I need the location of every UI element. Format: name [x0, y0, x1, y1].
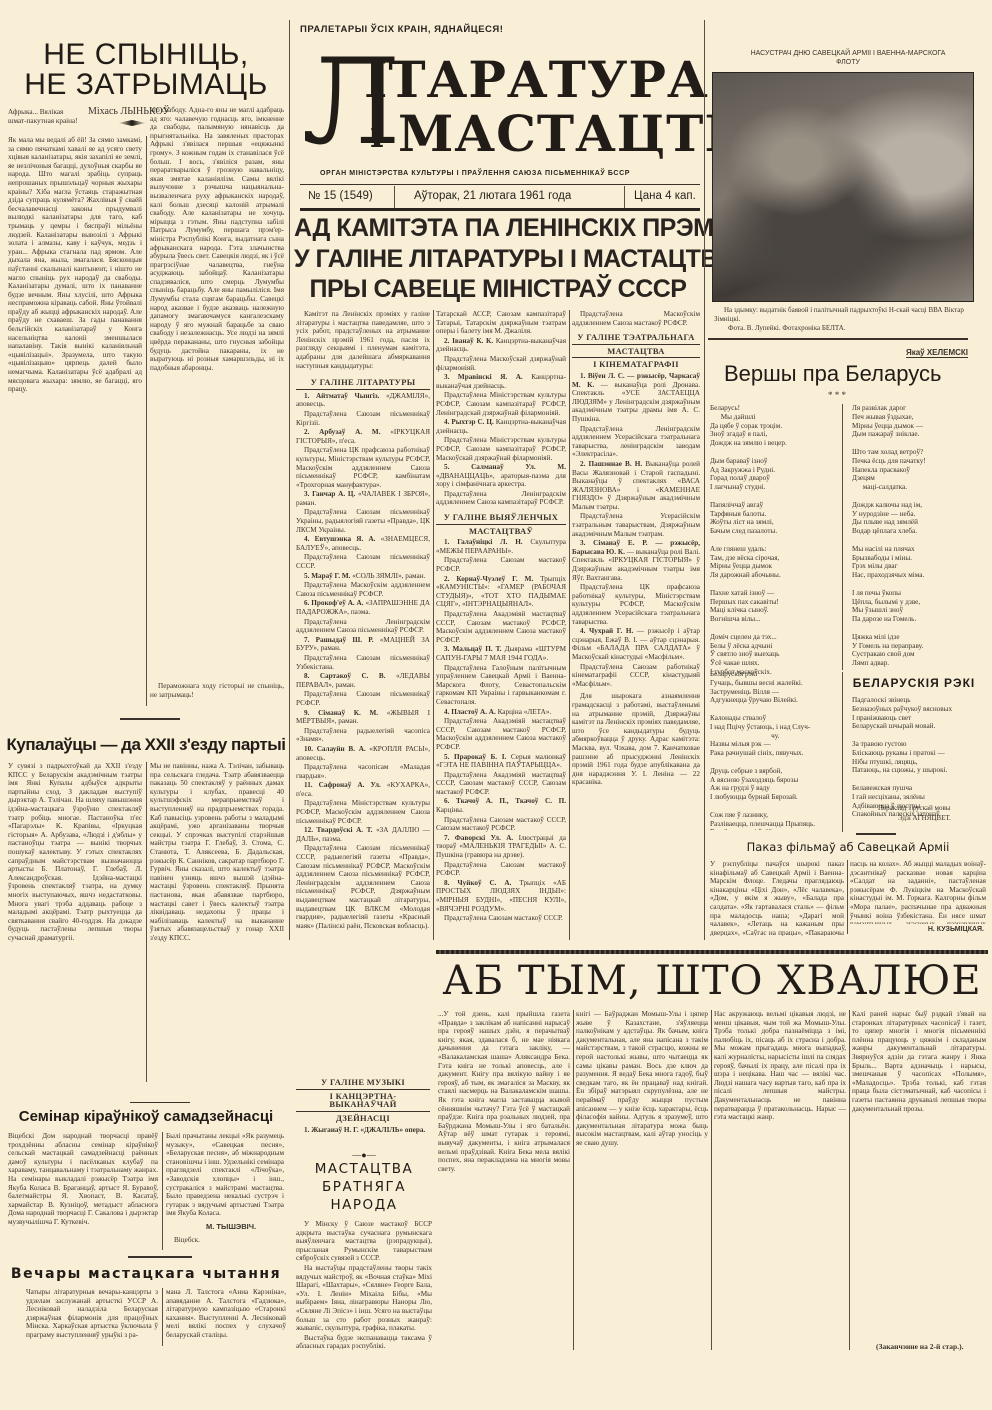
- music-section: У ГАЛІНЕ МУЗЫКІ І КАНЦЭРТНА-ВЫКАНАЎЧАЙ Д…: [296, 1078, 430, 1148]
- photo-kicker: НАСУСТРАЧ ДНЮ САВЕЦКАЙ АРМІІ І ВАЕННА-МА…: [708, 50, 988, 67]
- masthead-rule-top: [300, 184, 700, 185]
- section-literature: У ГАЛІНЕ ЛІТАРАТУРЫ: [296, 378, 430, 390]
- music-entry: 5. Салманаў Ул. М. «ДВАНАЦЦАЦЬ», араторы…: [436, 463, 566, 507]
- lit-entry: 8. Сартакоў С. В. «ЛЕДАВЫ ПЕРАВАЛ», рама…: [296, 672, 430, 707]
- photo-caption: На здымку: выдатнік баявой і палітычнай …: [714, 306, 976, 323]
- headline: Вечары мастацкага чытання: [6, 1264, 286, 1284]
- page-column-rule: [289, 20, 290, 940]
- arts-entry: 3. Мальцаў П. Т. Дыярама «ШТУРМ САПУН-ГА…: [436, 645, 566, 706]
- column-rule: [146, 762, 147, 1082]
- rivers-col-1: Беларускія рэкі Гучаць, бывшы весні жале…: [710, 670, 836, 830]
- infobar-divider: [624, 186, 625, 208]
- music-entry-first: 1. Жыганаў Н. Г. «ДЖАЛІЛЬ» опера.: [296, 1126, 430, 1135]
- lit-entry: 9. Сіманаў К. М. «ЖЫВЫЯ І МЁРТВЫЯ», рама…: [296, 709, 430, 744]
- issue-date: Аўторак, 21 лютага 1961 года: [414, 190, 571, 202]
- column-rule: [162, 1132, 163, 1250]
- column-rule: [847, 860, 848, 934]
- author-signature: М. ТЫШЭВІЧ.: [206, 1222, 256, 1231]
- headline-line2: БРАТНЯГА НАРОДА: [294, 1178, 434, 1214]
- article-col-2: мана Л. Талстога «Анна Карэніна», апавяд…: [166, 1288, 286, 1348]
- divider: [856, 833, 896, 835]
- lit-entry: 5. Мараў Г. М. «СОЛЬ ЗЯМЛІ», раман.Прадс…: [296, 572, 430, 599]
- headline-line1: МАСТАЦТВА: [294, 1160, 434, 1178]
- section-music-3: ДЗЕЙНАСЦІ: [296, 1114, 430, 1123]
- poem-col-1: Беларусь! Мы дайшлі Да цябе ў сорак трэц…: [710, 404, 836, 674]
- lenin-col-1: Камітэт па Ленінскіх прэміях у галіне лі…: [296, 310, 430, 950]
- masthead: ПРАЛЕТАРЫІ ЎСІХ КРАІН, ЯДНАЙЦЕСЯ! Л ІТАР…: [294, 20, 702, 208]
- poems-section: Якаў ХЕЛЕМСКІ Вершы пра Беларусь * * * Б…: [708, 342, 988, 672]
- arts-entry: 2. Корнаў-Чуэлеў Г. М. Трыпціх «КАМУНІСТ…: [436, 575, 566, 645]
- section-fine-arts: У ГАЛІНЕ ВЫЯЎЛЕНЧЫХ: [436, 513, 566, 525]
- article-col-2: пасць на колах». Аб жыцці маладых воінаў…: [850, 860, 986, 924]
- theatre-entry: 1. Віўен Л. С. — рэжысёр, Чаркасаў М. К.…: [572, 372, 700, 459]
- theatre-entry: 2. Пашэннае В. Н. Выканаўца ролей Васы Ж…: [572, 460, 700, 538]
- author-signature: Н. КУЗЬМІЦКАЯ.: [928, 926, 984, 933]
- headline-line2: НЕ ЗАТРЫМАЦЬ: [6, 70, 286, 100]
- column-rule: [162, 1288, 163, 1346]
- translator: Эдзі АГНЯЦВЕТ.: [898, 814, 951, 823]
- headline: Семінар кіраўнікоў самадзейнасці: [6, 1106, 286, 1128]
- column-rule: [569, 310, 570, 940]
- praise-article: АБ ТЫМ, ШТО ХВАЛЮЕ ...У той дзень, калі …: [436, 956, 988, 1376]
- diamond-ornament: [118, 120, 146, 126]
- column-rule: [842, 672, 843, 832]
- section-fine-arts-2: МАСТАЦТВАЎ: [436, 527, 566, 536]
- section-theatre-2: МАСТАЦТВА: [572, 347, 700, 359]
- masthead-rule-bottom: [300, 208, 700, 211]
- lit-entry: 12. Твардоўскі А. Т. «ЗА ДАЛЛЮ — ДАЛЬ», …: [296, 826, 430, 930]
- photo-credit: Фота. В. Лупейкі. Фотахроніка БЕЛТА.: [728, 324, 846, 333]
- lenin-col-3: Прадстаўлена Маскоўскім аддзяленнем Саюз…: [572, 310, 700, 940]
- continued-text: Татарскай АССР, Саюзам кампазітараў Тата…: [436, 310, 566, 336]
- article-col-3: Нас акружаюць вельмі цікавыя людзі, не м…: [714, 1010, 846, 1354]
- arts-entry: 5. Прарокаў Б. І. Серыя малюнкаў «ГЭТА Н…: [436, 753, 566, 797]
- column-rule: [146, 136, 147, 706]
- arts-entry: 1. Галаўніцкі Л. Н. Скульптура «МЕЖЫ ПЕР…: [436, 538, 566, 573]
- headline-line1: АД КАМІТЭТА ПА ЛЕНІНСКІХ ПРЭМІЯХ: [294, 212, 702, 244]
- article-col-2: кнігі — Баўраджан Момыш-Улы і цяпер жыве…: [576, 1010, 708, 1354]
- lit-entry: 2. Арбузаў А. М. «ІРКУЦКАЯ ГІСТОРЫЯ», п'…: [296, 428, 430, 489]
- brotherly-art-article: —●— МАСТАЦТВА БРАТНЯГА НАРОДА У Мінску ў…: [294, 1150, 434, 1400]
- column-rule: [433, 310, 434, 940]
- lenin-col-2: Татарскай АССР, Саюзам кампазітараў Тата…: [436, 310, 566, 940]
- column-rule: [711, 1010, 712, 1350]
- masthead-title-conj: і: [370, 114, 384, 156]
- column-rule: [849, 1010, 850, 1350]
- article-col-1: ...У той дзень, калі прыйшла газета «Пра…: [438, 1010, 570, 1354]
- divider: [130, 1102, 190, 1103]
- photo-block: НАСУСТРАЧ ДНЮ САВЕЦКАЙ АРМІІ І ВАЕННА-МА…: [708, 50, 988, 350]
- theatre-entry: 4. Чухрай Г. Н. — рэжысёр і аўтар сцэнар…: [572, 627, 700, 688]
- divider: [120, 718, 180, 720]
- article-col-2: яго свабоду. Адна-го яны не маглі адабра…: [150, 106, 284, 678]
- music-entry: 3. Мравінскі Я. А. Канцэртна-выканаўчая …: [436, 373, 566, 417]
- issue-number: № 15 (1549): [308, 190, 373, 202]
- column-rule: [842, 404, 843, 670]
- article-col-1: Віцебскі Дом народнай творчасці правёў т…: [8, 1132, 158, 1254]
- section-music: У ГАЛІНЕ МУЗЫКІ: [296, 1078, 430, 1090]
- article-intro: Афрыка... Вялікая шмат-пакутная краіна!: [8, 108, 78, 125]
- theatre-entry: 3. Сіманаў Е. Р. — рэжысёр, Барысава Ю. …: [572, 539, 700, 626]
- seminar-article: Семінар кіраўнікоў самадзейнасці Віцебск…: [6, 1106, 286, 1256]
- article-col-1: У рэспубліцы пачаўся шырокі паказ кінафі…: [710, 860, 844, 936]
- headline-line3: ПРЫ САВЕЦЕ МІНІСТРАЎ СССР: [294, 274, 702, 304]
- article-col-2: Былі прачытаны лекцыі «Як разумець музык…: [166, 1132, 284, 1218]
- headline: Паказ фільмаў аб Савецкай Арміі: [708, 838, 988, 856]
- translation-note: Пераклад з рускай мовы: [878, 804, 950, 813]
- music-entry: 4. Рыхтэр С. Ц. Канцэртна-выканаўчая дзе…: [436, 418, 566, 462]
- soldier-photo: [712, 72, 974, 302]
- section-theatre-3: І КІНЕМАТАГРАФІІ: [572, 360, 700, 369]
- article-col-1: У сувязі з падрыхтоўкай да XXII з'езду К…: [8, 762, 142, 1084]
- article-col-4: Калі раней нарыс быў рэдкай з'явай на ст…: [852, 1010, 986, 1336]
- films-article: Паказ фільмаў аб Савецкай Арміі У рэспуб…: [708, 838, 988, 938]
- infobar-divider: [394, 186, 395, 208]
- poet-name: Якаў ХЕЛЕМСКІ: [906, 348, 968, 358]
- poem-col-2: Ля развілак дарог Печ жывая ўздыхае, Мір…: [852, 404, 982, 674]
- intro: Камітэт па Ленінскіх прэміях у галіне лі…: [296, 310, 430, 370]
- lit-entry: 7. Рашыдаў Ш. Р. «МАЦНЕЙ ЗА БУРУ», раман…: [296, 636, 430, 671]
- masthead-organ: ОРГАН МІНІСТЭРСТВА КУЛЬТУРЫ І ПРАЎЛЕННЯ …: [320, 170, 630, 177]
- lenin-prize-headline: АД КАМІТЭТА ПА ЛЕНІНСКІХ ПРЭМІЯХ У ГАЛІН…: [294, 212, 702, 304]
- rivers-poem: БЕЛАРУСКІЯ РЭКІ Беларускія рэкі Гучаць, …: [708, 676, 988, 856]
- headline-line1: НЕ СПЫНІЦЬ,: [6, 40, 286, 70]
- article-col-1: Як мала мы ведалі аб ёй! За сямю замкамі…: [8, 136, 142, 708]
- section-music-2: І КАНЦЭРТНА-ВЫКАНАЎЧАЙ: [296, 1092, 430, 1112]
- lit-entry: 1. Айтматаў Чынгіз. «ДЖАМІЛЯ», аповесць.…: [296, 392, 430, 427]
- issue-price: Цана 4 кап.: [634, 190, 696, 202]
- continued-note[interactable]: (Заканчэнне на 2-й стар.).: [876, 1342, 963, 1351]
- kupala-article: Купалаўцы — да XXII з'езду партыі У сувя…: [6, 734, 286, 1084]
- place: Віцебск.: [174, 1236, 200, 1244]
- reading-article: Вечары мастацкага чытання Чатыры літарат…: [6, 1264, 286, 1354]
- headline-line2: У ГАЛІНЕ ЛІТАРАТУРЫ І МАСТАЦТВА: [294, 244, 702, 274]
- arts-entry: 7. Фаворскі Ул. А. Ілюстрацыі да твораў …: [436, 834, 566, 878]
- rivers-title: БЕЛАРУСКІЯ РЭКІ: [844, 676, 984, 690]
- masthead-title-line1: ІТАРАТУРА: [364, 54, 709, 106]
- rivers-col-2: Падгалоскі звінець Безназоўных раўчукоў …: [852, 696, 982, 816]
- divider: [128, 1256, 192, 1258]
- lit-entry: 3. Ганчар А. Ц. «ЧАЛАВЕК І ЗБРОЯ», раман…: [296, 490, 430, 534]
- arts-entry: 8. Чуйкоў С. А. Трыпціх «АБ ПРОСТЫХ ЛЮДЗ…: [436, 879, 566, 923]
- closing-text: Для шырокага азнаямлення грамадскасці з …: [572, 692, 700, 787]
- music-entry: 2. Іванаў К. К. Канцэртна-выканаўчая дзе…: [436, 337, 566, 372]
- lit-entry: 10. Салауйн В. А. «КРОПЛЯ РАСЫ», аповесц…: [296, 745, 430, 780]
- arts-entry: 6. Ткачоў А. П., Ткачоў С. П. Карціны.Пр…: [436, 797, 566, 832]
- poem-stars: * * *: [828, 390, 846, 400]
- section-theatre: У ГАЛІНЕ ТЭАТРАЛЬНАГА: [572, 333, 700, 345]
- lit-entry: 6. Прокоф'еў А. А. «ЗАПРАШЭННЕ ДА ПАДАРО…: [296, 599, 430, 634]
- continued-text: Прадстаўлена Маскоўскім аддзяленнем Саюз…: [572, 310, 700, 327]
- column-rule: [573, 1010, 574, 1350]
- article-body: У Мінску ў Саюзе мастакоў БССР адкрыта в…: [294, 1220, 434, 1352]
- ornament: —●—: [294, 1150, 434, 1160]
- divider: [708, 338, 968, 340]
- arts-entry: 4. Пластоў А. А. Карціна «ЛЕТА».Прадстаў…: [436, 708, 566, 752]
- lit-entry: 11. Сафронаў А. Ул. «КУХАРКА», п'еса.Пра…: [296, 781, 430, 825]
- page-column-rule: [704, 20, 705, 940]
- left-article: НЕ СПЫНІЦЬ, НЕ ЗАТРЫМАЦЬ Афрыка... Вялік…: [6, 40, 286, 710]
- poems-title: Вершы пра Беларусь: [724, 360, 941, 388]
- article-col-2: Мы не павінны, нажа А. Тэлічан, забываць…: [150, 762, 284, 1084]
- lit-entry: 4. Евтушэнка Я. А. «ЗНАЕМЦЕСЯ, БАЛУЕЎ», …: [296, 535, 430, 570]
- article-col-1: Чатыры літаратурныя вечары-канцэрты з уд…: [26, 1288, 158, 1348]
- wavy-rule: [436, 950, 988, 954]
- article-closing: Пераможнага ходу гісторыі не спыніць, не…: [150, 682, 284, 699]
- headline: АБ ТЫМ, ШТО ХВАЛЮЕ: [436, 956, 988, 1006]
- headline: Купалаўцы — да XXII з'езду партыі: [6, 734, 286, 756]
